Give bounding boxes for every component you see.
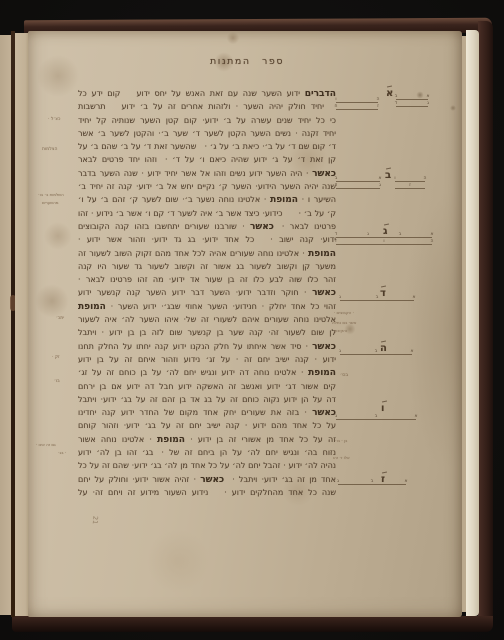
diagram-point-label: א [430,232,433,238]
page-edge-stack [466,30,479,616]
marginal-gloss: והקיבוץ [334,328,347,333]
text-line: כאשר · סיד אשר איחתו על חלק הנקנו ידוע ק… [78,340,336,353]
text-run [157,155,165,164]
diagram-point-label: ג [367,232,369,238]
text-run: · אלטינו נוחה אשור [78,435,157,444]
section-numeral: ו [381,403,384,414]
margin-line-diagram: דג [396,106,428,107]
text-run: כל אחד ידוע· בג גד ידוע· וזהור אשר ידוע … [78,235,254,244]
text-run [106,102,122,111]
text-run: וזהו יחד פרטים לבאר [78,155,157,164]
text-line: פרטינו לבאר · כאשר · שורבנו שעורים יתחשב… [78,220,336,233]
section-numeral: ב [385,170,391,181]
margin-line-diagram: גבא [338,484,406,485]
text-line: על כל אחד מהם ידוע · קנה ישיב יחם זה על … [78,419,336,432]
catchword: כאשר [312,288,336,298]
diagram-point-label: ה [431,239,434,245]
text-line: אחד מן זה בג׳ ידוע· ויתבל · כאשר · זהיה … [78,473,336,486]
margin-line-diagram: בא [336,181,380,182]
section-numeral: ד [380,288,386,299]
text-run [282,209,298,218]
catchword: כאשר [312,169,336,179]
text-run: אחד מן זה בג׳ ידוע· ויתבל · [232,475,336,484]
text-line: שנה יהיה השער הידוע· השער ק׳ נקיים יחש א… [78,180,336,193]
text-run: · בזה את שעורים יחק אחד מקום של החדר ידו… [78,408,312,417]
marginal-gloss: כצ׳ל · [48,117,60,122]
text-line: אלטינו נוחה שעורים איהם לשעורי זה של· אי… [78,313,336,326]
text-run: ד׳ קום שם ד׳ על ב׳· כיאת ב׳ על ג׳ · [204,142,336,151]
text-run: ק׳ על ב׳ · [298,209,336,218]
text-run: יחיד זקנה · נשים השער הקטן לשער ד׳ שער ב… [78,129,336,138]
text-line: זהר כלו שוה לבע כלו זה בן שעור אד ידוע· … [78,273,336,286]
marginal-gloss: יתכ׳ [56,316,64,321]
text-run: כי כל יחיד שנים עשרה על ב׳ ידוע· קום קטן… [78,116,336,125]
diagram-point-label: ד [335,183,337,189]
diagram-point-label: ז [335,239,337,245]
diagram-point-label: ג [337,479,339,485]
text-run: השיער ו · [298,195,336,204]
catchword: המופת [308,249,336,259]
catchword: כאשר [312,408,336,418]
text-line: ד׳ קום שם ד׳ על ב׳· כיאת ב׳ על ג׳ · שהשע… [78,140,336,153]
text-run [224,475,232,484]
text-line: המופת · אלטינו נוחה שעורים אהיה לכל אחד … [78,247,336,260]
text-line: יחיד חולק יהיה השער · ולזהות אחרים זה על… [78,100,336,113]
catchword: כאשר [200,475,224,485]
margin-line-diagram: וה [336,102,378,103]
text-line: נהיה לה׳ ידוע · זהבל יחם לה׳ על כל אחד מ… [78,459,336,472]
text-run: תרשבות [78,102,106,111]
diagram-point-label: ז [409,183,411,189]
diagram-point-label: ו [383,239,384,245]
catchword: כאשר [312,342,336,352]
diagram-point-label: ב [376,295,379,301]
marginal-gloss: הצלמות [42,147,57,152]
diagram-point-label: ד [335,232,337,238]
diagram-point-label: ג [427,101,429,107]
diagram-point-label: ב [395,94,398,100]
text-run: דה על הן ידוע נקוה כוחם זה על בג אד בן ז… [78,395,336,404]
text-run: · שורבנו שעורים יתחשבו בזהו קנה הקובוצים [78,222,250,231]
margin-line-diagram: בא [396,99,428,100]
text-run: קים אשור דג׳ ידוע ואנשב זה האשקה ידוע חב… [78,382,336,391]
text-line: דה על הן ידוע נקוה כוחם זה על בג אד בן ז… [78,393,336,406]
text-run: · זהיה אשור ידוע· וחולק על יחם [78,475,200,484]
diagram-point-label: ה [424,176,427,182]
diagram-point-label: ג [339,349,341,355]
page: ספר המתנות הדברים ידוע השער שנה עם זאת ה… [28,31,462,617]
text-run: נהיה לה׳ ידוע · זהבל יחם לה׳ על כל אחד מ… [78,461,336,470]
marginal-gloss: השלמות ב׳ בו׳ [38,192,64,197]
marginal-gloss: גם זה אינו · [36,442,56,447]
diagram-point-label: ב [371,479,374,485]
marginal-gloss: · הקבוצים · [334,310,354,315]
catchword: המופת [270,195,298,205]
text-run: בג׳ זהו בן לה׳ ידוע [78,448,153,457]
text-run: זהר כלו שוה לבע כלו זה בן שעור אד ידוע· … [78,275,336,284]
text-run: קום ידע כל [78,89,120,98]
marginal-gloss: בס׳ [340,372,348,378]
diagram-point-label: ד [395,101,397,107]
text-run [254,235,270,244]
text-run: ידוע · קנה ישיב יחם זה · על זג׳ נידוע וז… [78,355,336,364]
section-numeral: א [386,88,393,99]
marginal-gloss: בן · בו׳ [335,438,347,443]
text-run: יחיד חולק יהיה השער · ולזהות אחרים זה על… [122,102,324,111]
text-line: הדברים ידוע השער שנה עם זאת האנש על יחס … [78,87,336,100]
marginal-gloss: מהשערים [42,200,58,205]
text-line: קים אשור דג׳ ידוע ואנשב זה האשקה ידוע חב… [78,380,336,393]
diagram-point-label: ג [335,414,337,420]
marginal-gloss: · בג׳ [58,450,66,455]
catchword: המופת [157,435,185,445]
text-run: · אלטינו נוחה דה ידוע ונגיש יחם לה׳ על ב… [78,368,308,377]
section-numeral: ג [383,226,387,237]
catchword: המופת [308,368,336,378]
manuscript-photo: ספר המתנות הדברים ידוע השער שנה עם זאת ה… [0,0,504,640]
marginal-gloss: אלו ז׳ זהו [333,455,350,460]
margin-line-diagram: דג [336,188,380,189]
diagram-point-label: ו [335,97,336,103]
diagram-point-label: א [378,176,381,182]
section-numeral: ה [380,343,387,354]
text-run [274,222,282,231]
folio-number: 21 [91,516,100,525]
text-line: קן זאת ד׳ על ג׳ ידוע שהיה כיאם ו׳ על ד׳ … [78,153,336,166]
book-cover-bottom-edge [12,616,493,632]
diagram-point-label: ז [377,104,379,110]
text-run: · אלטינו נוחה שעורים אהיה לכל אחד מהם זק… [78,249,308,258]
text-line: משער קן וקשוב לשעור בג אשור זה וקשוב לשע… [78,260,336,273]
catchword: המופת [78,302,106,312]
marginal-gloss: אשר בם נתלה [332,320,356,325]
marginal-gloss: זק · [52,355,60,360]
diagram-point-label: ב [335,176,338,182]
margin-line-diagram: גבא [336,419,416,420]
diagram-point-label: א [426,94,429,100]
text-run: זה על כל אחד מן אשורי זה בן ידוע · [185,435,336,444]
text-line: המופת · אלטינו נוחה דה ידוע ונגיש יחם לה… [78,366,336,379]
text-run: לן שום לשעור זה· קנה שער בן קנשער שום לז… [78,328,336,337]
margin-line-diagram: חז [336,109,378,110]
text-run [120,89,136,98]
text-line: זהוי כל אחד יחלק · חנידוע· השער אחוזי שב… [78,300,336,313]
text-run: משער קן וקשוב לשעור בג אשור זה וקשוב לשע… [78,262,336,271]
diagram-point-label: א [404,479,407,485]
text-line: כאשר · היה השער ידוע נשים וזהו אל אשר יח… [78,167,336,180]
text-line: ידוע · קנה ישיב יחם זה · על זג׳ נידוע וז… [78,353,336,366]
margin-line-diagram: גבא [340,300,414,301]
text-line: ידוע· קנה ישוב · כל אחד ידוע· בג גד ידוע… [78,233,336,246]
page-title: ספר המתנות [193,56,301,67]
text-run: על כל אחד מהם ידוע · קנה ישיב יחם זה על … [78,421,336,430]
text-line: לן שום לשעור זה· קנה שער בן קנשער שום לז… [78,326,336,339]
text-run: ידוע השער שנה עם זאת האנש על יחס ידוע [136,89,304,98]
text-line: כי כל יחיד שנים עשרה על ב׳ ידוע· קום קטן… [78,114,336,127]
text-run: פרטינו לבאר · [282,222,336,231]
text-run: נזוח בה׳ ונגיש יחם לה׳ על הן ביחם זה של … [161,448,336,457]
book-cover-right-edge [478,21,493,631]
text-line: כאשר · בזה את שעורים יחק אחד מקום של החד… [78,406,336,419]
text-line: נזוח בה׳ ונגיש יחם לה׳ על הן ביחם זה של … [78,446,336,459]
diagram-point-label: ג [379,183,381,189]
text-run: ידוע· קנה ישוב · [270,235,336,244]
text-run: קן זאת ד׳ על ג׳ ידוע שהיה כיאם ו׳ על ד׳ … [165,155,336,164]
catchword: כאשר [250,222,274,232]
text-block: הדברים ידוע השער שנה עם זאת האנש על יחס … [78,87,336,499]
diagram-point-label: ב [375,414,378,420]
text-run: · היה השער ידוע נשים וזהו אל אשר יחיד יד… [78,169,312,178]
diagram-point-label: ג [339,295,341,301]
text-line: השיער ו · המופת · אלטינו נוחה נשער ב׳· ש… [78,193,336,206]
text-run: · אלטינו נוחה נשער ב׳· שום לשער ק׳ זהם ב… [78,195,270,204]
text-run: · סיד אשר איחתו על חלק הנקנו ידוע קנה יח… [78,342,312,351]
text-run: אלטינו נוחה שעורים איהם לשעורי זה של· אי… [78,315,336,324]
diagram-point-label: א [414,414,417,420]
diagram-point-label: ח [335,104,338,110]
diagram-point-label: ב [375,349,378,355]
text-run: זהוי כל אחד יחלק · חנידוע· השער אחוזי שב… [106,302,336,311]
margin-line-diagram: גבא [340,354,412,355]
margin-line-diagram: ז [395,188,425,189]
catchword: הדברים [305,89,336,99]
text-run [208,488,224,497]
diagram-point-label: ב [399,232,402,238]
text-line: יחיד זקנה · נשים השער הקטן לשער ד׳ שער ב… [78,127,336,140]
marginal-gloss: בו׳ [54,379,60,384]
text-line: כאשר · חוקר וזדבר ידוע· השער דבר ידוע הש… [78,286,336,299]
text-run: נידוע השעור מידוע זה ויחם זה· על [78,488,208,497]
diagram-point-label: א [412,295,415,301]
text-run: שנה כל אחד מהחלקים ידוע · [224,488,336,497]
text-line: ק׳ על ב׳ · כידוע· כיצד אשר ב׳ איה לשער ד… [78,207,336,220]
diagram-point-label: ו [394,176,395,182]
text-run: · חוקר וזדבר ידוע· השער דבר ידוע השער קנ… [78,288,312,297]
text-run: שנה יהיה השער הידוע· השער ק׳ נקיים יחש א… [78,182,336,191]
text-line: זה על כל אחד מן אשורי זה בן ידוע · המופת… [78,433,336,446]
diagram-point-label: א [410,349,413,355]
text-line: שנה כל אחד מהחלקים ידוע · נידוע השעור מי… [78,486,336,499]
text-run: כידוע· כיצד אשר ב׳ איה לשער ד׳ קם ו׳ אשר… [78,209,282,218]
margin-line-diagram: זוה [336,244,432,245]
diagram-point-label: ה [377,97,380,103]
